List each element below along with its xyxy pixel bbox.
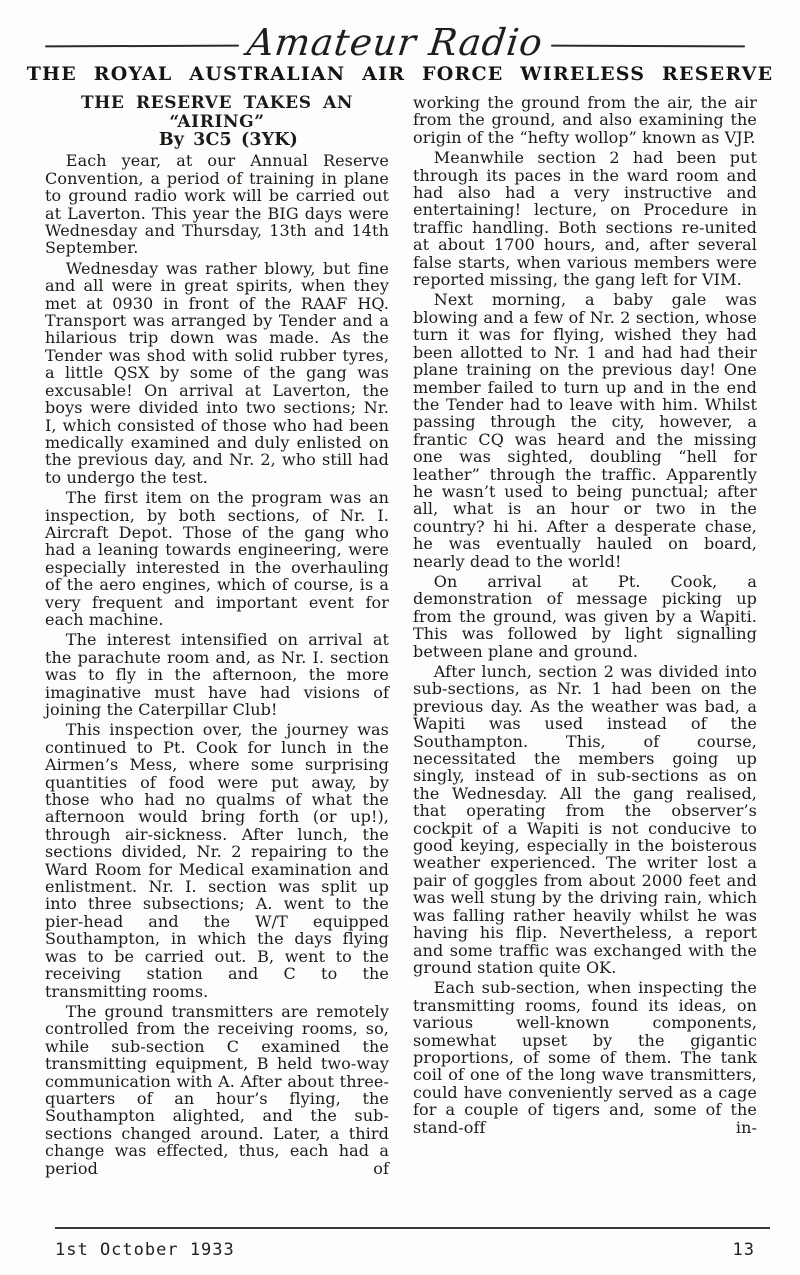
magazine-page: Amateur Radio THE ROYAL AUSTRALIAN AIR F… xyxy=(0,0,800,1275)
paragraph: This inspection over, the journey was co… xyxy=(45,721,389,1000)
masthead: Amateur Radio xyxy=(45,24,745,67)
paragraph: After lunch, section 2 was divided into … xyxy=(413,663,757,976)
paragraph: Each sub-section, when inspecting the tr… xyxy=(413,979,757,1136)
paragraph: On arrival at Pt. Cook, a demonstration … xyxy=(413,573,757,660)
issue-date: 1st October 1933 xyxy=(55,1240,235,1260)
masthead-rule-left xyxy=(45,44,239,47)
masthead-rule-right xyxy=(551,44,745,47)
paragraph: The interest intensified on arrival at t… xyxy=(45,631,389,718)
article-byline: By 3C5 (3YK) xyxy=(45,132,389,149)
footer-rule xyxy=(55,1227,770,1229)
masthead-script-title: Amateur Radio xyxy=(237,24,554,67)
page-number: 13 xyxy=(733,1240,755,1260)
paragraph: The ground transmitters are remotely con… xyxy=(45,1003,389,1177)
paragraph: Each year, at our Annual Reserve Convent… xyxy=(45,152,389,256)
paragraph: Meanwhile section 2 had been put through… xyxy=(413,149,757,288)
article-main-title: THE ROYAL AUSTRALIAN AIR FORCE WIRELESS … xyxy=(0,63,800,85)
paragraph: The first item on the program was an ins… xyxy=(45,489,389,628)
left-column: THE RESERVE TAKES AN “AIRING” By 3C5 (3Y… xyxy=(45,94,389,1180)
paragraph: Next morning, a baby gale was blowing an… xyxy=(413,291,757,570)
paragraph-continuation: working the ground from the air, the air… xyxy=(413,94,757,146)
paragraph: Wednesday was rather blowy, but fine and… xyxy=(45,260,389,486)
page-footer: 1st October 1933 13 xyxy=(55,1240,755,1260)
article-columns: THE RESERVE TAKES AN “AIRING” By 3C5 (3Y… xyxy=(45,94,757,1180)
right-column: working the ground from the air, the air… xyxy=(413,94,757,1180)
article-subtitle-line1: THE RESERVE TAKES AN xyxy=(45,94,389,113)
